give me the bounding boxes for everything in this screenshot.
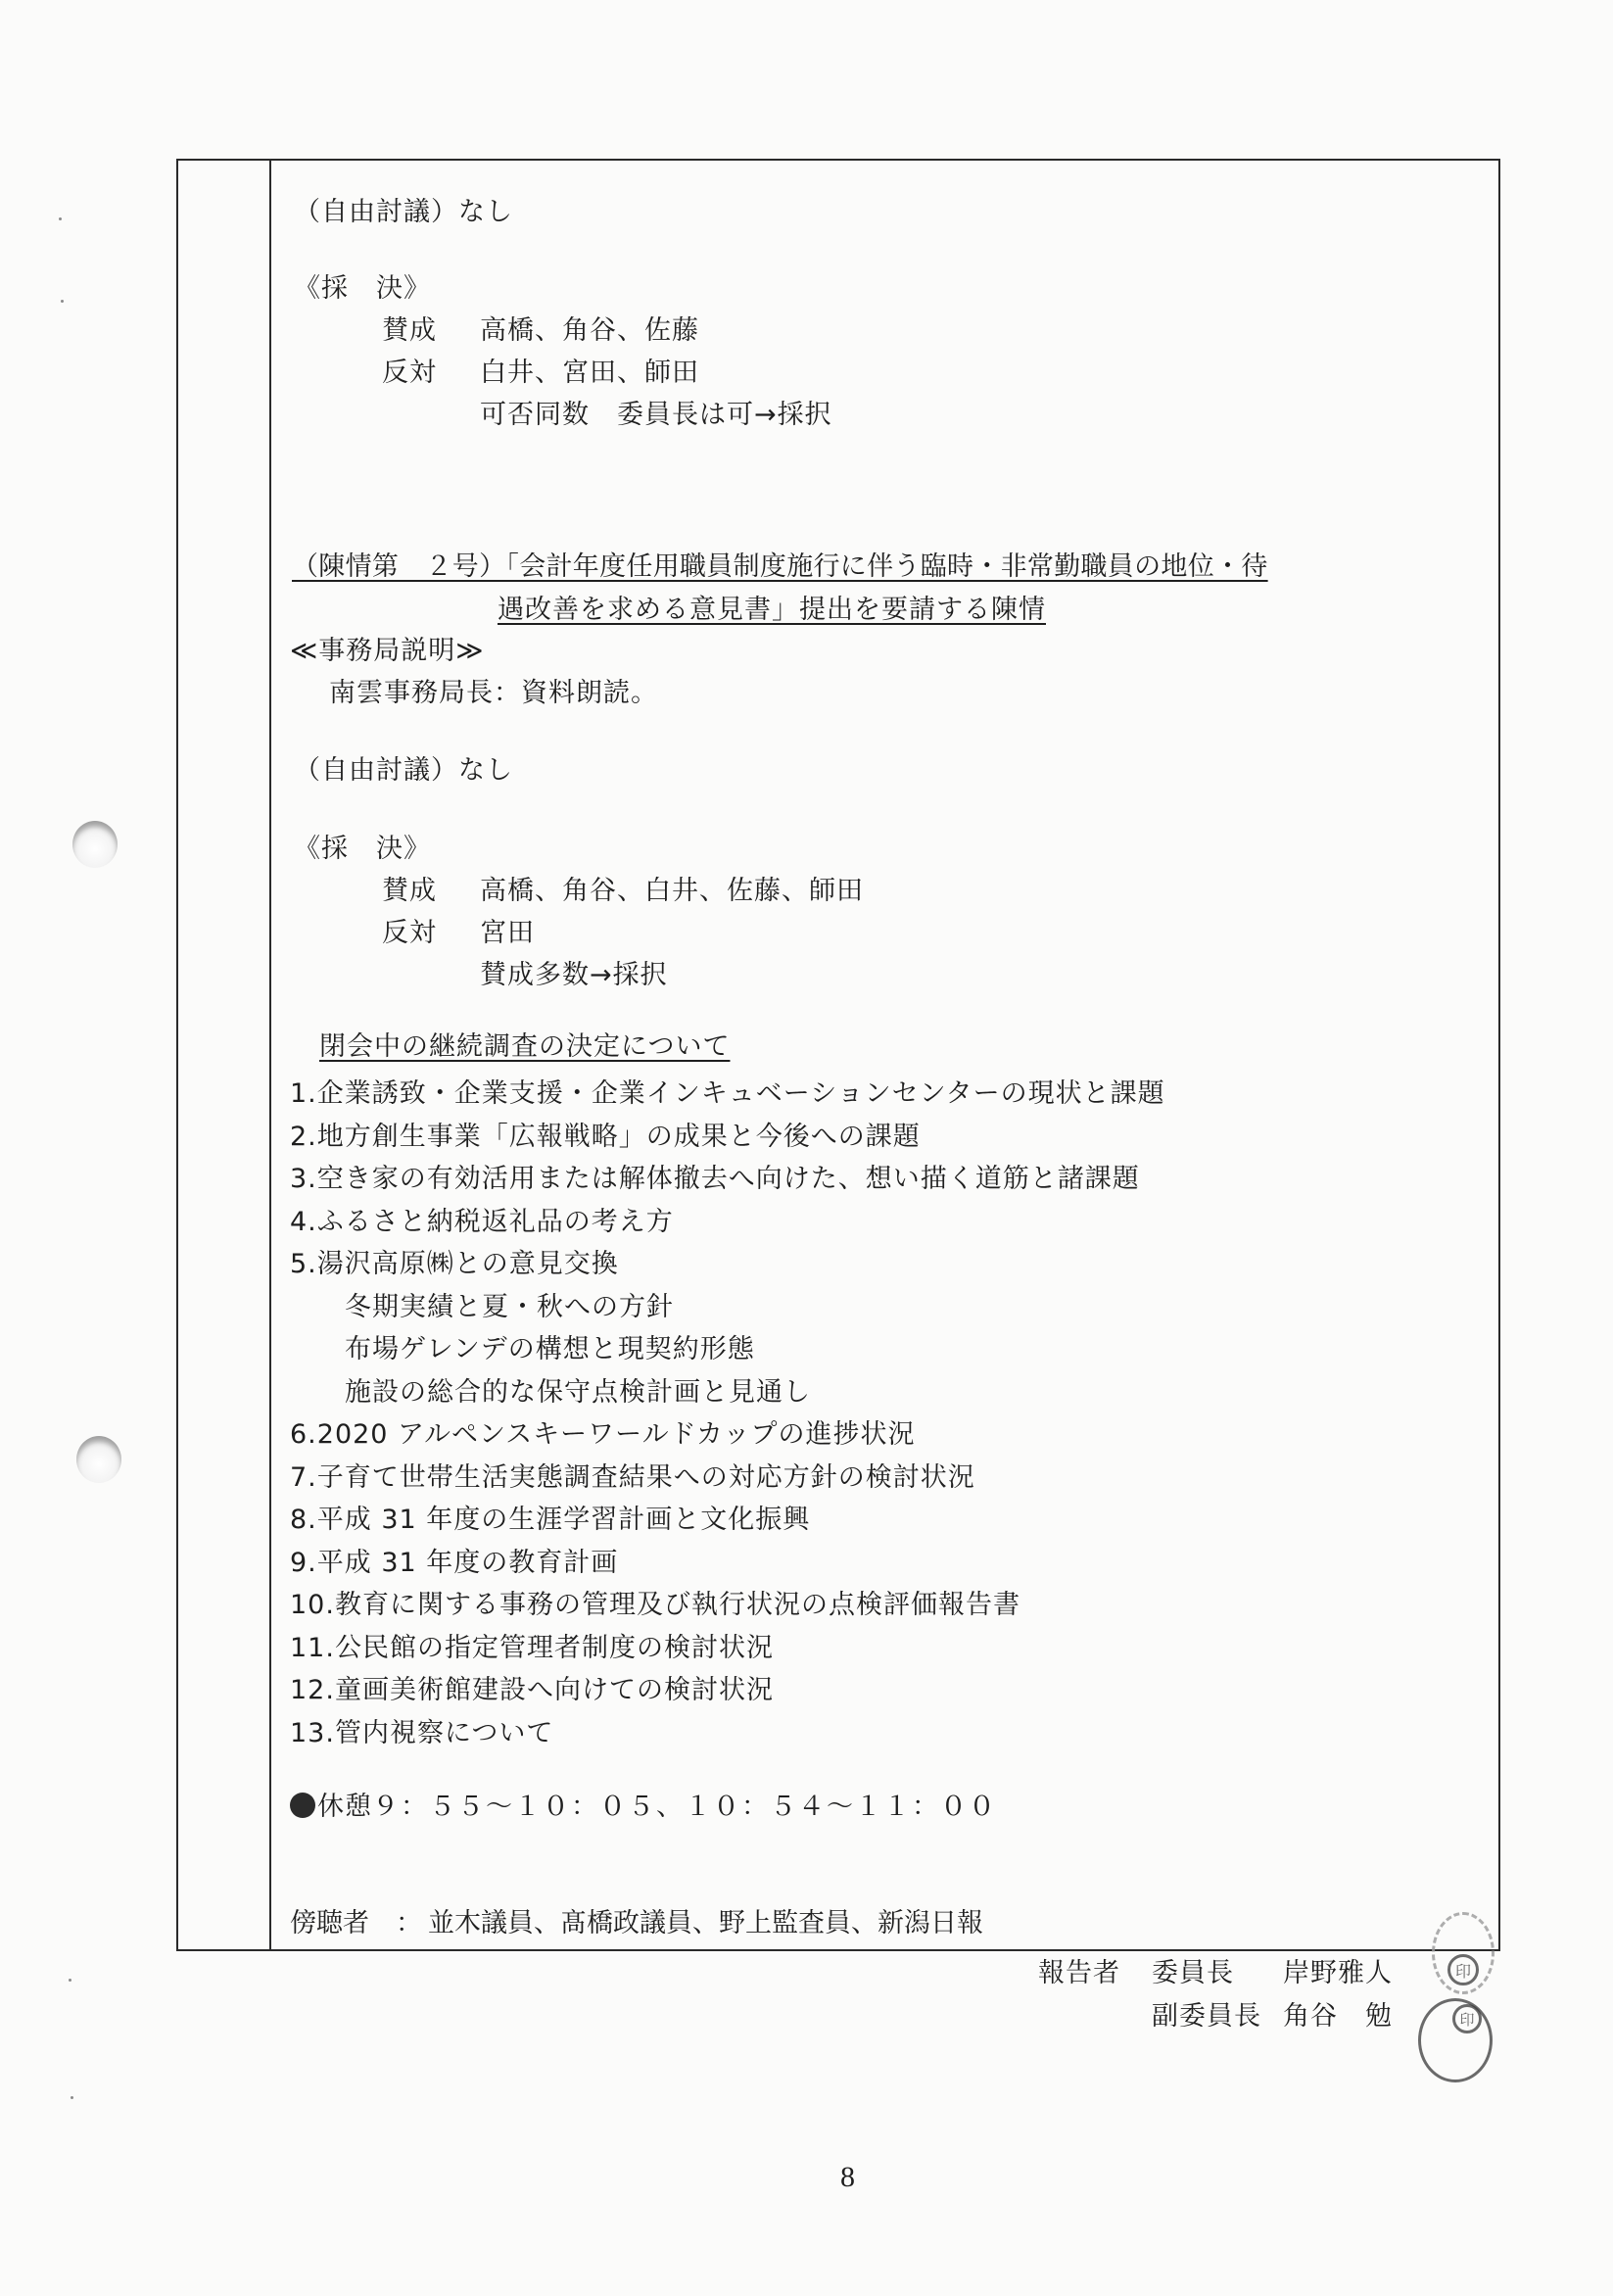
vote-result-2: 賛成多数→採択 xyxy=(480,959,668,992)
free-discussion-2: （自由討議）なし xyxy=(294,754,513,788)
break-label: 休憩 xyxy=(317,1792,372,1822)
explanation-text: 南雲事務局長：資料朗読。 xyxy=(329,677,658,710)
break-times: ９：５５～１０：０５、１０：５４～１１：００ xyxy=(372,1792,997,1822)
vote-against-label-1: 反対 xyxy=(382,357,437,390)
list-item: 4.ふるさと納税返礼品の考え方 xyxy=(290,1206,674,1239)
observers-names: 並木議員、髙橋政議員、野上監査員、新潟日報 xyxy=(428,1908,983,1938)
vote-for-names-2: 高橋、角谷、白井、佐藤、師田 xyxy=(480,875,864,908)
vote-for-label-2: 賛成 xyxy=(382,875,437,908)
punch-hole-bottom xyxy=(76,1436,121,1483)
list-item: 2.地方創生事業「広報戦略」の成果と今後への課題 xyxy=(290,1121,921,1154)
list-item: 1.企業誘致・企業支援・企業インキュベーションセンターの現状と課題 xyxy=(290,1077,1165,1111)
vote-heading-1: 《採 決》 xyxy=(294,272,431,306)
vote-result-1: 可否同数 委員長は可→採択 xyxy=(480,399,832,432)
continuing-investigation-heading: 閉会中の継続調査の決定について xyxy=(290,1030,730,1064)
seal-text: 印 xyxy=(1455,1959,1471,1982)
list-item: 10.教育に関する事務の管理及び執行状況の点検評価報告書 xyxy=(290,1589,1020,1622)
break-times-line: 休憩９：５５～１０：０５、１０：５４～１１：００ xyxy=(290,1791,997,1824)
chair-title: 委員長 xyxy=(1152,1957,1234,1990)
list-subitem: 布場ゲレンデの構想と現契約形態 xyxy=(345,1333,755,1366)
observers-label: 傍聴者 ： xyxy=(290,1908,422,1938)
list-subitem: 冬期実績と夏・秋への方針 xyxy=(345,1291,674,1324)
list-subitem: 施設の総合的な保守点検計画と見通し xyxy=(345,1376,811,1410)
list-item: 5.湯沢高原㈱との意見交換 xyxy=(290,1248,619,1281)
vice-chair-title: 副委員長 xyxy=(1152,2000,1261,2033)
vote-against-names-1: 白井、宮田、師田 xyxy=(480,357,699,390)
vote-heading-2: 《採 決》 xyxy=(294,833,431,866)
seal-stamp-vice-small: 印 xyxy=(1452,2004,1482,2033)
observers-line: 傍聴者 ：並木議員、髙橋政議員、野上監査員、新潟日報 xyxy=(290,1907,983,1940)
petition-title-line1: （陳情第 ２号）「会計年度任用職員制度施行に伴う臨時・非常勤職員の地位・待 xyxy=(292,550,1268,584)
explanation-heading: ≪事務局説明≫ xyxy=(290,635,485,668)
vice-chair-name: 角谷 勉 xyxy=(1283,2000,1393,2033)
free-discussion-1: （自由討議）なし xyxy=(294,196,513,229)
frame-column-divider xyxy=(269,159,271,1951)
heading-text: 閉会中の継続調査の決定について xyxy=(319,1031,730,1062)
document-page: （自由討議）なし 《採 決》 賛成 高橋、角谷、佐藤 反対 白井、宮田、師田 可… xyxy=(0,0,1613,2296)
seal-stamp-chair: 印 xyxy=(1447,1954,1479,1985)
reporter-label: 報告者 xyxy=(1038,1957,1120,1990)
petition-title-line2: 遇改善を求める意見書」提出を要請する陳情 xyxy=(498,594,1046,627)
page-number: 8 xyxy=(840,2161,855,2194)
list-item: 8.平成 31 年度の生涯学習計画と文化振興 xyxy=(290,1504,810,1537)
scan-speck xyxy=(59,217,62,220)
list-item: 13.管内視察について xyxy=(290,1717,553,1750)
scan-speck xyxy=(69,1979,71,1982)
seal-text: 印 xyxy=(1459,2009,1474,2030)
list-item: 3.空き家の有効活用または解体撤去へ向けた、想い描く道筋と諸課題 xyxy=(290,1163,1140,1196)
bullet-icon xyxy=(290,1793,315,1818)
chair-name: 岸野雅人 xyxy=(1283,1957,1393,1990)
vote-against-label-2: 反対 xyxy=(382,917,437,950)
list-item: 9.平成 31 年度の教育計画 xyxy=(290,1547,618,1580)
list-item: 11.公民館の指定管理者制度の検討状況 xyxy=(290,1632,774,1665)
vote-for-label-1: 賛成 xyxy=(382,314,437,348)
punch-hole-top xyxy=(72,821,118,868)
scan-speck xyxy=(71,2096,73,2099)
vote-against-names-2: 宮田 xyxy=(480,917,535,950)
list-item: 7.子育て世帯生活実態調査結果への対応方針の検討状況 xyxy=(290,1461,975,1495)
scan-speck xyxy=(61,300,64,303)
list-item: 12.童画美術館建設へ向けての検討状況 xyxy=(290,1674,774,1707)
list-item: 6.2020 アルペンスキーワールドカップの進捗状況 xyxy=(290,1418,916,1452)
vote-for-names-1: 高橋、角谷、佐藤 xyxy=(480,314,699,348)
